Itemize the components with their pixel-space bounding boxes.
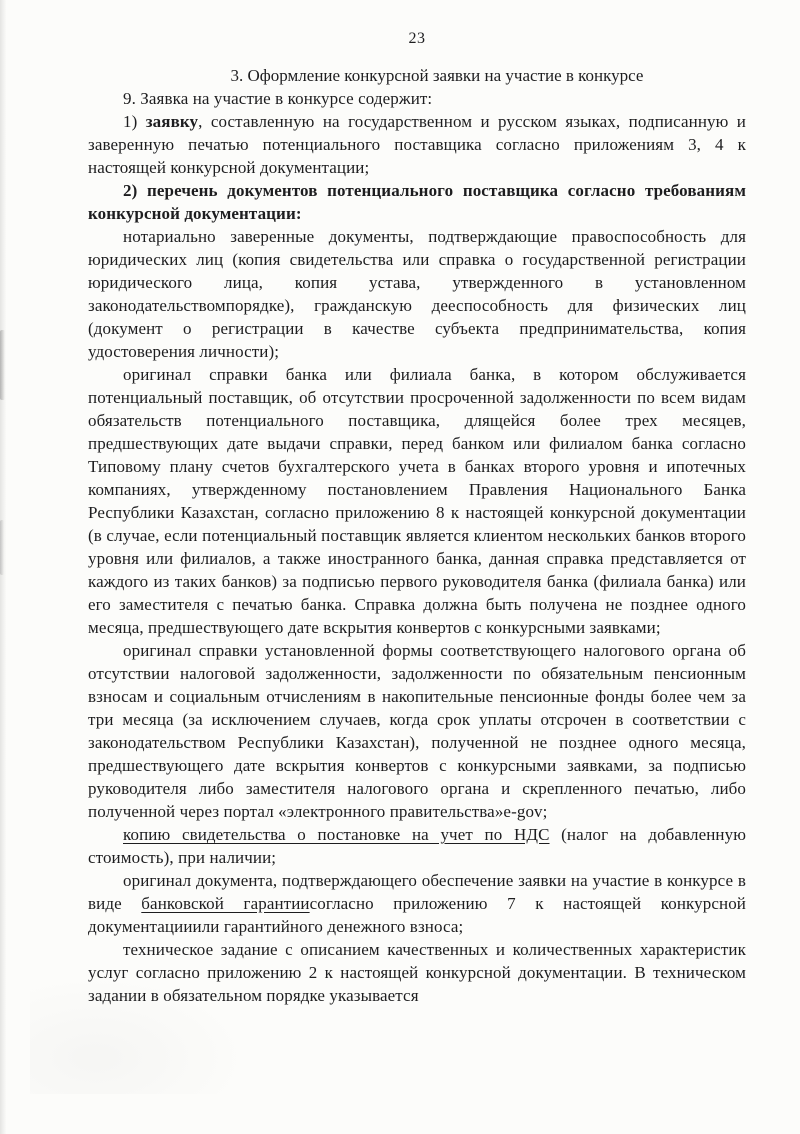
paragraph-bid-security: оригинал документа, подтверждающего обес… [88,869,746,938]
underlined-run: банковской гарантии [141,894,309,913]
paragraph-text: 1) [123,112,146,131]
scan-artifact [0,330,5,400]
paragraph-text: оригинал справки банка или филиала банка… [88,365,746,637]
bold-run: 2) перечень документов потенциального по… [88,181,746,223]
paragraph-item-9: 9. Заявка на участие в конкурсе содержит… [88,87,746,110]
paragraph-text: 9. Заявка на участие в конкурсе содержит… [123,89,432,108]
paragraph-technical-specification: техническое задание с описанием качестве… [88,938,746,1007]
paragraph-subitem-1: 1) заявку, составленную на государственн… [88,110,746,179]
paragraph-notarized-documents: нотариально заверенные документы, подтве… [88,225,746,363]
paragraph-tax-certificate: оригинал справки установленной формы соо… [88,639,746,823]
underlined-run: копию свидетельства о постановке на учет… [123,825,550,844]
paragraph-text: нотариально заверенные документы, подтве… [88,227,746,361]
text-block: 23 3. Оформление конкурсной заявки на уч… [88,30,746,1007]
paragraph-subitem-2: 2) перечень документов потенциального по… [88,179,746,225]
paragraph-bank-certificate: оригинал справки банка или филиала банка… [88,363,746,639]
scanned-document-page: 23 3. Оформление конкурсной заявки на уч… [0,0,800,1134]
section-heading: 3. Оформление конкурсной заявки на участ… [128,64,746,87]
paragraph-text: оригинал справки установленной формы соо… [88,641,746,821]
bold-run: заявку [146,112,198,131]
scan-artifact [0,520,4,575]
paragraph-text: техническое задание с описанием качестве… [88,940,746,1005]
paragraph-vat-certificate: копию свидетельства о постановке на учет… [88,823,746,869]
page-number: 23 [88,30,746,48]
